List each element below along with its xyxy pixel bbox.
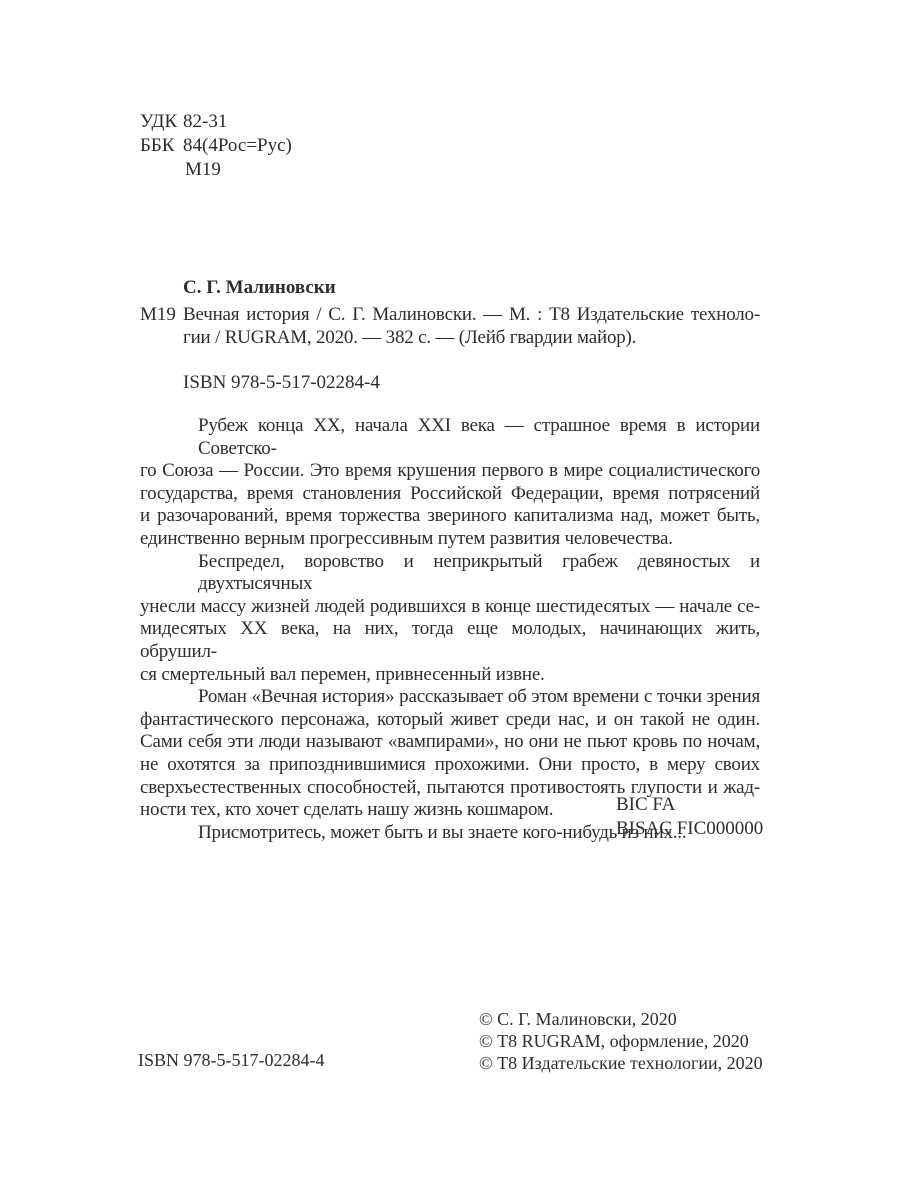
entry-text: Вечная история / С. Г. Малиновски. — М. …: [183, 303, 760, 349]
isbn-top: ISBN 978-5-517-02284-4: [183, 371, 760, 394]
annotation-line: ся смертельный вал перемен, привнесенный…: [140, 664, 760, 687]
annotation-line: не охотятся за припозднившимися прохожим…: [140, 754, 760, 777]
bbk-value: 84(4Рос=Рус): [183, 135, 292, 156]
bic-bisac-block: BIC FA BISAC FIC000000: [616, 793, 763, 840]
annotation-line: Роман «Вечная история» рассказывает об э…: [140, 686, 760, 709]
catalog-card: С. Г. Малиновски М19 Вечная история / С.…: [140, 276, 760, 394]
author-name: С. Г. Малиновски: [183, 276, 760, 299]
copyright-block: © С. Г. Малиновски, 2020© Т8 RUGRAM, офо…: [479, 1008, 763, 1074]
author-sign-code: М19: [185, 158, 292, 182]
copyright-line: © Т8 Издательские технологии, 2020: [479, 1052, 763, 1074]
bibliographic-entry: М19 Вечная история / С. Г. Малиновски. —…: [140, 303, 760, 349]
annotation-line: единственно верным прогрессивным путем р…: [140, 528, 760, 551]
copyright-line: © Т8 RUGRAM, оформление, 2020: [479, 1030, 763, 1052]
annotation-line: фантастического персонажа, который живет…: [140, 709, 760, 732]
entry-author-sign: М19: [140, 303, 176, 326]
udk-label: УДК: [140, 110, 183, 134]
annotation-line: Беспредел, воровство и неприкрытый грабе…: [140, 551, 760, 596]
udk-line: УДК82-31: [140, 110, 292, 134]
annotation-line: и разочарований, время торжества зверино…: [140, 505, 760, 528]
annotation-text: Рубеж конца XX, начала XXI века — страшн…: [140, 415, 760, 844]
bic-code: BIC FA: [616, 793, 763, 817]
entry-line: Вечная история / С. Г. Малиновски. — М. …: [183, 303, 760, 326]
annotation-line: го Союза — России. Это время крушения пе…: [140, 460, 760, 483]
copyright-line: © С. Г. Малиновски, 2020: [479, 1008, 763, 1030]
annotation-line: унесли массу жизней людей родившихся в к…: [140, 596, 760, 619]
isbn-bottom: ISBN 978-5-517-02284-4: [138, 1050, 325, 1071]
annotation-line: мидесятых XX века, на них, тогда еще мол…: [140, 618, 760, 663]
bbk-line: ББК84(4Рос=Рус): [140, 134, 292, 158]
udk-value: 82-31: [183, 111, 227, 132]
classification-codes-block: УДК82-31 ББК84(4Рос=Рус) М19: [140, 110, 292, 182]
annotation-line: государства, время становления Российско…: [140, 483, 760, 506]
book-copyright-page: УДК82-31 ББК84(4Рос=Рус) М19 С. Г. Малин…: [0, 0, 900, 1200]
annotation-line: Сами себя эти люди называют «вампирами»,…: [140, 731, 760, 754]
bisac-code: BISAC FIC000000: [616, 817, 763, 841]
entry-line: гии / RUGRAM, 2020. — 382 с. — (Лейб гва…: [183, 326, 760, 349]
annotation-line: Рубеж конца XX, начала XXI века — страшн…: [140, 415, 760, 460]
bbk-label: ББК: [140, 134, 183, 158]
